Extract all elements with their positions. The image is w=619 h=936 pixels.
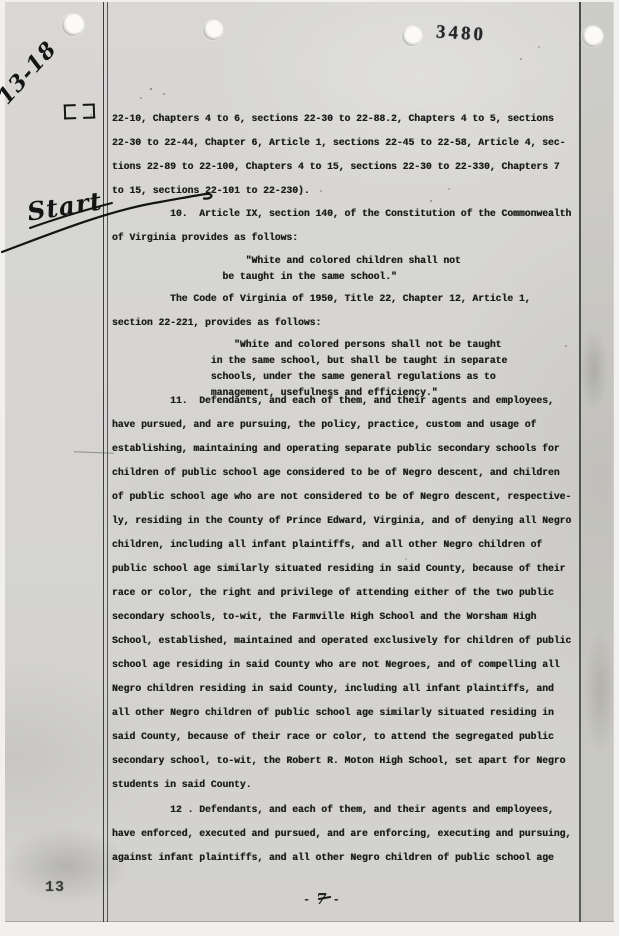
left-margin-rule: [103, 2, 108, 922]
document-line: section 22-221, provides as follows:: [112, 311, 531, 335]
document-line: tions 22-89 to 22-100, Chapters 4 to 15,…: [112, 155, 565, 179]
document-line: "White and colored children shall not: [112, 253, 461, 269]
document-line: to 15, sections 22-101 to 22-230).: [112, 179, 565, 203]
document-line: 22-10, Chapters 4 to 6, sections 22-30 t…: [112, 107, 565, 131]
document-line: be taught in the same school.": [112, 269, 461, 285]
document-line: have enforced, executed and pursued, and…: [112, 822, 571, 846]
document-block-paragraph: 12 . Defendants, and each of them, and t…: [112, 798, 571, 870]
document-block-quote: "White and colored children shall not be…: [112, 253, 461, 285]
document-body: 22-10, Chapters 4 to 6, sections 22-30 t…: [112, 0, 582, 936]
document-line: 10. Article IX, section 140, of the Cons…: [112, 202, 571, 226]
document-line: schools, under the same general regulati…: [112, 369, 507, 385]
document-line: said County, because of their race or co…: [112, 725, 571, 749]
document-line: 12 . Defendants, and each of them, and t…: [112, 798, 571, 822]
document-line: all other Negro children of public schoo…: [112, 701, 571, 725]
punch-hole: [582, 26, 603, 47]
document-line: "White and colored persons shall not be …: [112, 337, 507, 353]
punch-hole: [62, 14, 84, 36]
footer-dash-left: -: [303, 893, 312, 907]
scanned-page: 3480 13-18 Start 22-10, Chapters 4 to 6,…: [0, 0, 619, 936]
document-line: race or color, the right and privilege o…: [112, 581, 571, 605]
document-line: school age residing in said County who a…: [112, 653, 571, 677]
document-line: in the same school, but shall be taught …: [112, 353, 507, 369]
document-line: against infant plaintiffs, and all other…: [112, 846, 571, 870]
bracket-left-icon: [64, 104, 77, 119]
document-block-paragraph: 10. Article IX, section 140, of the Cons…: [112, 202, 571, 250]
document-line: have pursued, and are pursuing, the poli…: [112, 413, 571, 437]
document-line: of Virginia provides as follows:: [112, 226, 571, 250]
document-line: ly, residing in the County of Prince Edw…: [112, 509, 571, 533]
document-line: 11. Defendants, and each of them, and th…: [112, 389, 571, 413]
document-line: 22-30 to 22-44, Chapter 6, Article 1, se…: [112, 131, 565, 155]
document-line: secondary school, to-wit, the Robert R. …: [112, 749, 571, 773]
footer-dash-right: -: [333, 893, 342, 907]
document-line: public school age similarly situated res…: [112, 557, 571, 581]
document-line: Negro children residing in said County, …: [112, 677, 571, 701]
footer-handwritten-number: 7: [312, 890, 332, 908]
document-line: students in said County.: [112, 773, 571, 797]
document-line: children of public school age considered…: [112, 461, 571, 485]
bracket-right-icon: [83, 103, 96, 118]
document-block-paragraph: 11. Defendants, and each of them, and th…: [112, 389, 571, 797]
document-line: The Code of Virginia of 1950, Title 22, …: [112, 287, 531, 311]
document-block-paragraph: 22-10, Chapters 4 to 6, sections 22-30 t…: [112, 107, 565, 203]
document-line: of public school age who are not conside…: [112, 485, 571, 509]
right-page-edge-strip: [581, 2, 613, 922]
document-line: establishing, maintaining and operating …: [112, 437, 571, 461]
corner-page-number: 13: [45, 879, 65, 896]
document-line: secondary schools, to-wit, the Farmville…: [112, 605, 571, 629]
handwritten-bracket-mark: [64, 103, 96, 122]
document-block-paragraph: The Code of Virginia of 1950, Title 22, …: [112, 287, 531, 335]
document-line: School, established, maintained and oper…: [112, 629, 571, 653]
document-line: children, including all infant plaintiff…: [112, 533, 571, 557]
